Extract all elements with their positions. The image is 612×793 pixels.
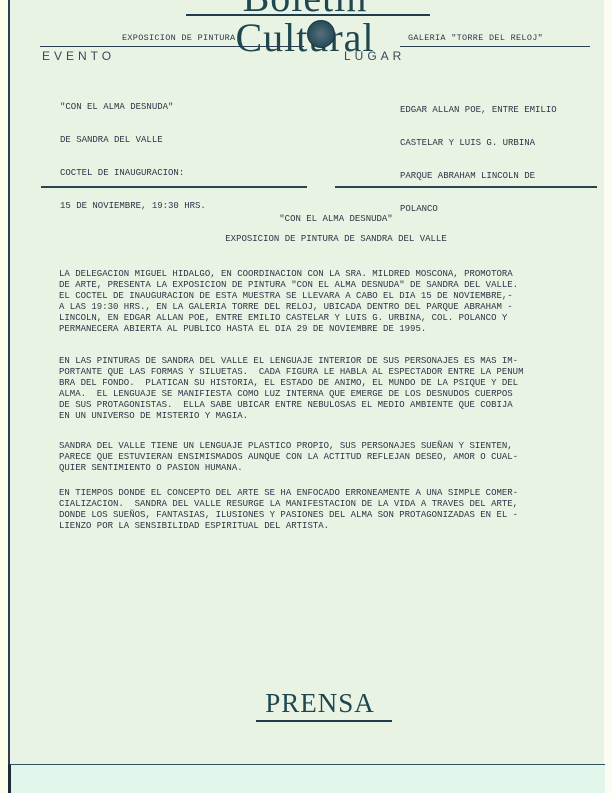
lugar-line: EDGAR ALLAN POE, ENTRE EMILIO [400,105,557,116]
evento-details: "CON EL ALMA DESNUDA" DE SANDRA DEL VALL… [60,80,206,223]
event-type: EXPOSICION DE PINTURA [122,33,235,43]
evento-line: DE SANDRA DEL VALLE [60,135,206,146]
event-type-line [40,46,304,47]
lugar-details: EDGAR ALLAN POE, ENTRE EMILIO CASTELAR Y… [400,83,557,226]
prensa-underline [256,720,392,722]
section-divider-right [335,186,597,188]
prensa-stamp: PRENSA [240,688,400,719]
paragraph: EN TIEMPOS DONDE EL CONCEPTO DEL ARTE SE… [59,488,589,532]
section-divider-left [41,186,307,188]
evento-line: "CON EL ALMA DESNUDA" [60,102,206,113]
body-subtitle: EXPOSICION DE PINTURA DE SANDRA DEL VALL… [30,234,612,244]
lugar-line: PARQUE ABRAHAM LINCOLN DE [400,171,557,182]
evento-line: 15 DE NOVIEMBRE, 19:30 HRS. [60,201,206,212]
seal-emblem-icon [307,20,335,48]
lugar-label: LUGAR [344,49,405,63]
paragraph: SANDRA DEL VALLE TIENE UN LENGUAJE PLAST… [59,441,589,474]
venue-line [400,46,590,47]
scan-bottom-edge [8,764,605,793]
body-title: "CON EL ALMA DESNUDA" [30,214,612,224]
lugar-line: CASTELAR Y LUIS G. URBINA [400,138,557,149]
venue: GALERIA "TORRE DEL RELOJ" [408,33,543,43]
paragraph: EN LAS PINTURAS DE SANDRA DEL VALLE EL L… [59,356,589,422]
evento-label: EVENTO [42,49,115,63]
evento-line: COCTEL DE INAUGURACION: [60,168,206,179]
scan-margin [604,0,612,793]
masthead-underline [186,14,430,16]
paragraph: LA DELEGACION MIGUEL HIDALGO, EN COORDIN… [59,269,589,335]
